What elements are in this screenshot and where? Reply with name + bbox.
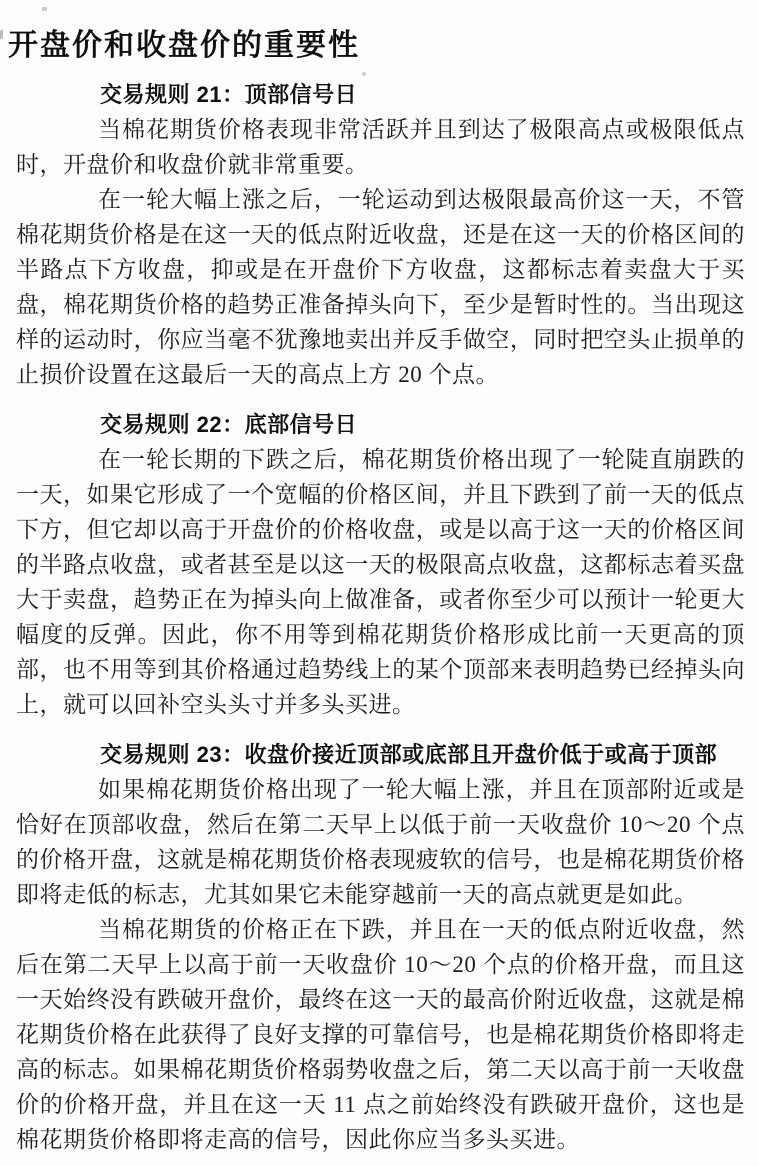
rule-23-paragraph-1: 如果棉花期货价格出现了一轮大幅上涨，并且在顶部附近或是恰好在顶部收盘，然后在第二… — [16, 772, 745, 912]
rule-21-paragraph-1: 当棉花期货价格表现非常活跃并且到达了极限高点或极限低点时，开盘价和收盘价就非常重… — [16, 112, 745, 182]
rule-22-heading: 交易规则 22：底部信号日 — [100, 408, 745, 442]
section-rule-22: 交易规则 22：底部信号日 在一轮长期的下跌之后，棉花期货价格出现了一轮陡直崩跌… — [16, 408, 745, 722]
rule-21-heading: 交易规则 21：顶部信号日 — [100, 78, 745, 112]
scan-speck-top — [42, 7, 47, 11]
rule-21-paragraph-2: 在一轮大幅上涨之后，一轮运动到达极限最高价这一天，不管棉花期货价格是在这一天的低… — [16, 182, 745, 392]
book-page: 开盘价和收盘价的重要性 交易规则 21：顶部信号日 当棉花期货价格表现非常活跃并… — [0, 0, 758, 1166]
rule-22-paragraph-1: 在一轮长期的下跌之后，棉花期货价格出现了一轮陡直崩跌的一天，如果它形成了一个宽幅… — [16, 442, 745, 722]
page-title: 开盘价和收盘价的重要性 — [8, 30, 745, 62]
section-rule-21: 交易规则 21：顶部信号日 当棉花期货价格表现非常活跃并且到达了极限高点或极限低… — [16, 78, 745, 392]
rule-23-paragraph-2: 当棉花期货的价格正在下跌，并且在一天的低点附近收盘，然后在第二天早上以高于前一天… — [16, 912, 745, 1157]
section-rule-23: 交易规则 23：收盘价接近顶部或底部且开盘价低于或高于顶部 如果棉花期货价格出现… — [16, 738, 745, 1157]
scan-speck-left-edge — [0, 29, 3, 39]
scan-speck-middle — [362, 72, 366, 76]
rule-23-heading: 交易规则 23：收盘价接近顶部或底部且开盘价低于或高于顶部 — [100, 738, 745, 772]
